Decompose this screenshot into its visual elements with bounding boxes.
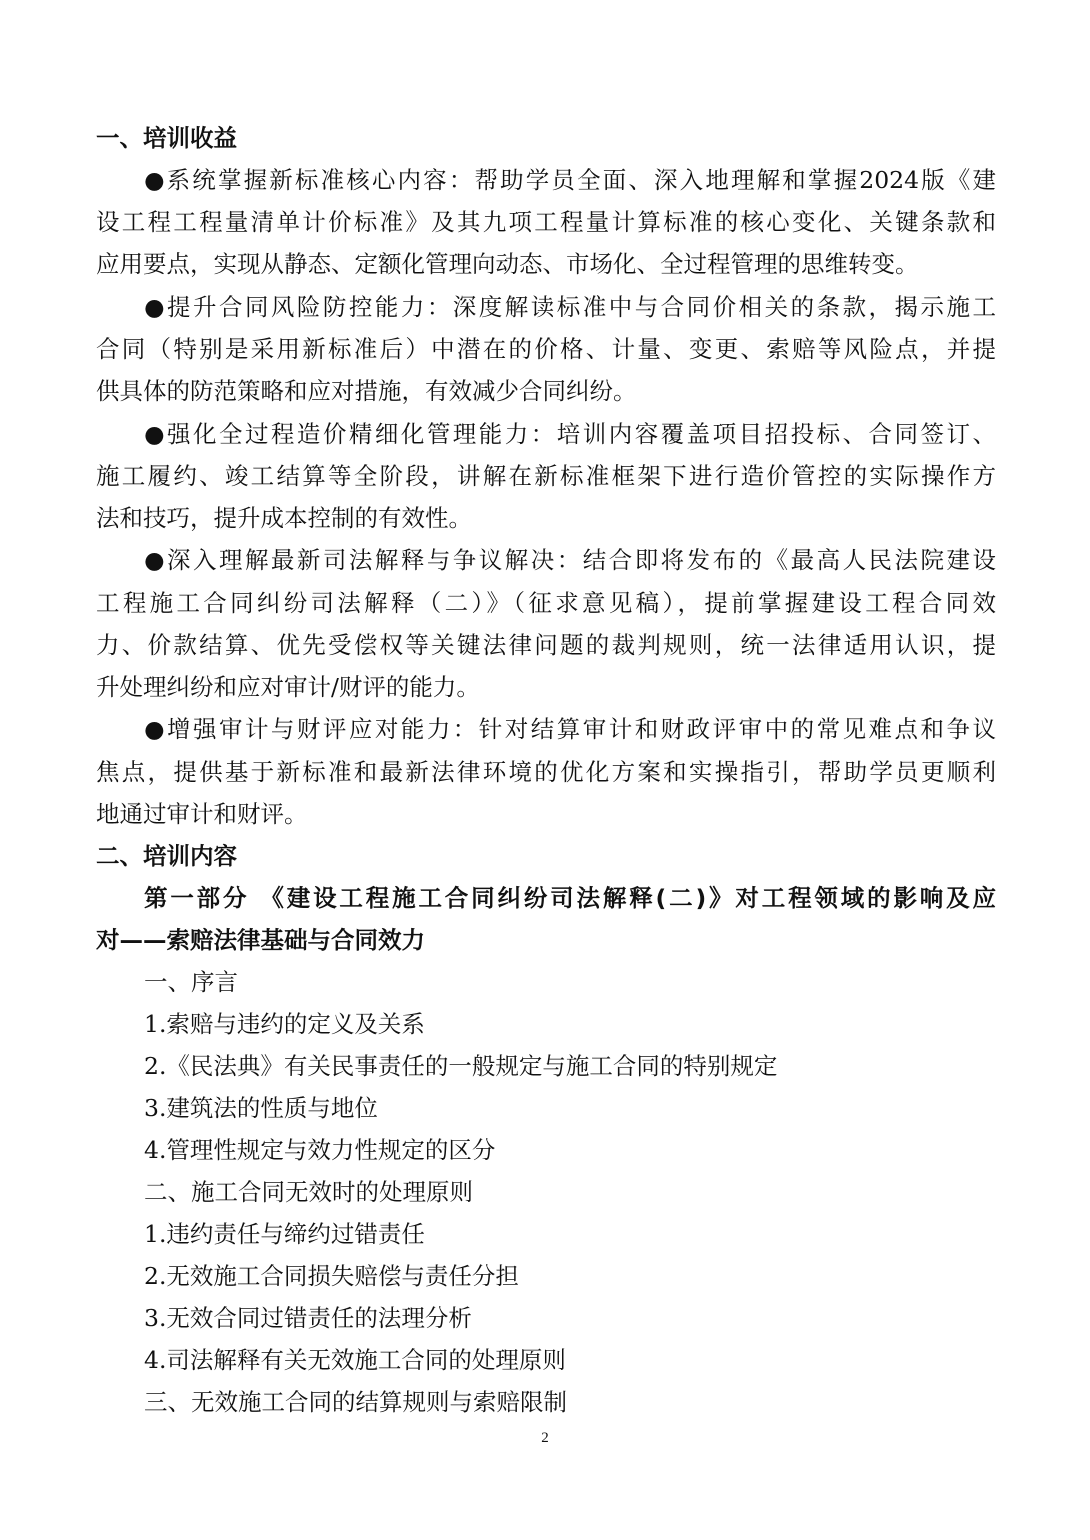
bullet-line: ●系统掌握新标准核心内容：帮助学员全面、深入地理解和掌握2024版《建 — [144, 165, 996, 195]
bullet-line: ●增强审计与财评应对能力：针对结算审计和财政评审中的常见难点和争议 — [144, 714, 996, 744]
bullet-line: ●深入理解最新司法解释与争议解决：结合即将发布的《最高人民法院建设 — [144, 545, 996, 575]
part-title: 对——索赔法律基础与合同效力 — [96, 925, 425, 955]
outline-item: 4.管理性规定与效力性规定的区分 — [144, 1135, 495, 1165]
bullet-line: 地通过审计和财评。 — [96, 799, 308, 829]
bullet-line: 法和技巧，提升成本控制的有效性。 — [96, 503, 472, 533]
outline-item: 4.司法解释有关无效施工合同的处理原则 — [144, 1345, 566, 1375]
outline-item: 三、无效施工合同的结算规则与索赔限制 — [144, 1387, 567, 1417]
bullet-line: 设工程工程量清单计价标准》及其九项工程量计算标准的核心变化、关键条款和 — [96, 207, 996, 237]
bullet-line: 供具体的防范策略和应对措施，有效减少合同纠纷。 — [96, 376, 637, 406]
page-number: 2 — [0, 1430, 1090, 1447]
bullet-line: ●提升合同风险防控能力：深度解读标准中与合同价相关的条款，揭示施工 — [144, 292, 996, 322]
outline-item: 3.建筑法的性质与地位 — [144, 1093, 378, 1123]
outline-item: 1.索赔与违约的定义及关系 — [144, 1009, 425, 1039]
bullet-line: 力、价款结算、优先受偿权等关键法律问题的裁判规则，统一法律适用认识，提 — [96, 630, 996, 660]
section-heading-benefits: 一、培训收益 — [96, 123, 237, 153]
bullet-line: 焦点，提供基于新标准和最新法律环境的优化方案和实操指引，帮助学员更顺利 — [96, 757, 996, 787]
part-title: 第一部分 《建设工程施工合同纠纷司法解释(二)》对工程领域的影响及应 — [144, 883, 996, 913]
bullet-line: 升处理纠纷和应对审计/财评的能力。 — [96, 672, 480, 702]
section-heading-content: 二、培训内容 — [96, 841, 237, 871]
outline-item: 1.违约责任与缔约过错责任 — [144, 1219, 425, 1249]
outline-item: 2.无效施工合同损失赔偿与责任分担 — [144, 1261, 519, 1291]
bullet-line: ●强化全过程造价精细化管理能力：培训内容覆盖项目招投标、合同签订、 — [144, 419, 996, 449]
bullet-line: 工程施工合同纠纷司法解释（二）》（征求意见稿），提前掌握建设工程合同效 — [96, 588, 996, 618]
bullet-line: 施工履约、竣工结算等全阶段，讲解在新标准框架下进行造价管控的实际操作方 — [96, 461, 996, 491]
bullet-line: 合同（特别是采用新标准后）中潜在的价格、计量、变更、索赔等风险点，并提 — [96, 334, 996, 364]
bullet-line: 应用要点，实现从静态、定额化管理向动态、市场化、全过程管理的思维转变。 — [96, 249, 919, 279]
outline-item: 2.《民法典》有关民事责任的一般规定与施工合同的特别规定 — [144, 1051, 777, 1081]
outline-item: 3.无效合同过错责任的法理分析 — [144, 1303, 472, 1333]
outline-item: 二、施工合同无效时的处理原则 — [144, 1177, 473, 1207]
outline-item: 一、序言 — [144, 967, 238, 997]
